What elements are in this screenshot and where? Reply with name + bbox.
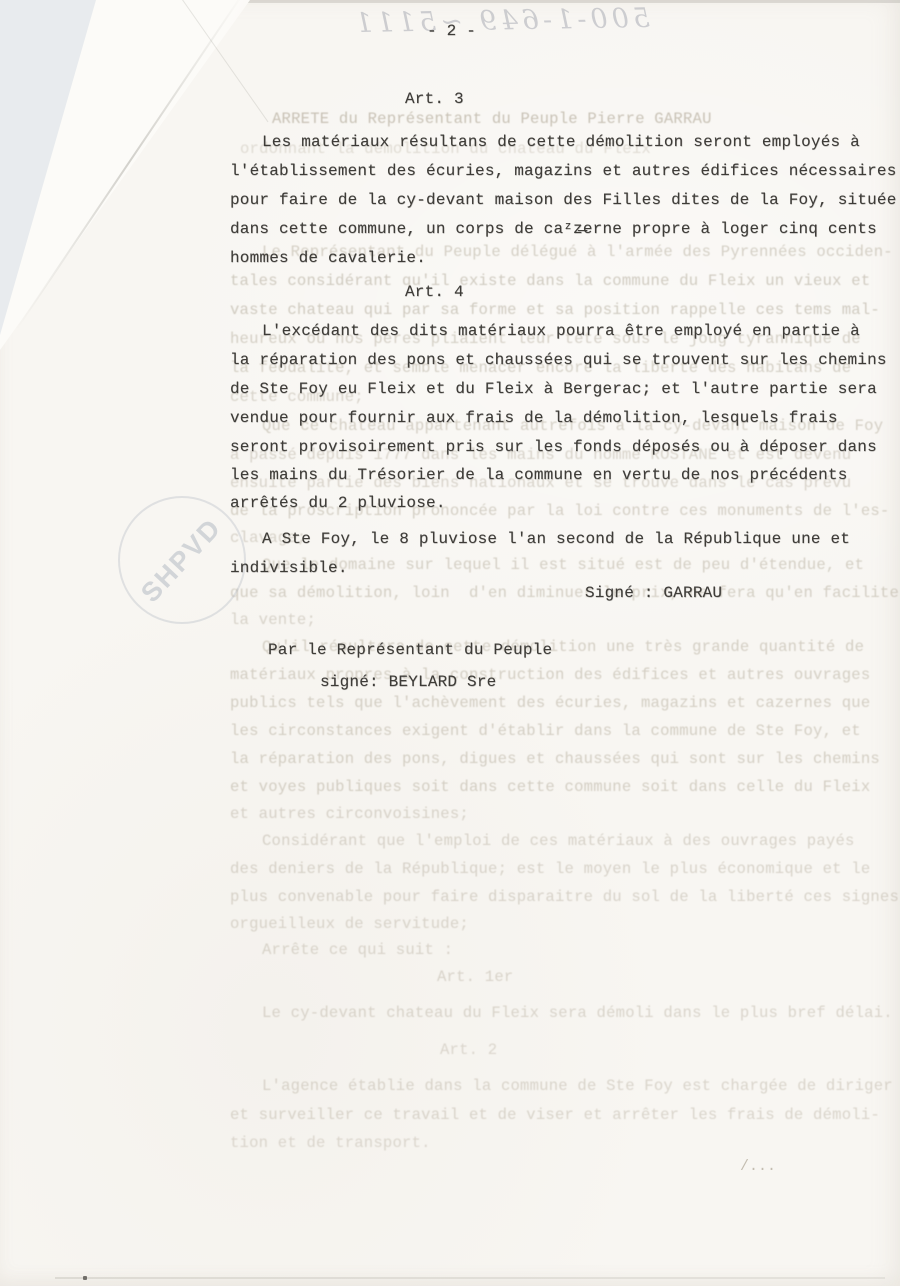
text-line: seront provisoirement pris sur les fonds… (230, 438, 877, 456)
text-line: pour faire de la cy-devant maison des Fi… (230, 191, 897, 209)
text-line: Par le Représentant du Peuple (268, 641, 552, 659)
text-line: indivisible. (230, 559, 348, 577)
text-line: A Ste Foy, le 8 pluviose l'an second de … (262, 530, 850, 548)
text-line: Art. 4 (405, 283, 464, 301)
text-line: les mains du Trésorier de la commune en … (230, 466, 848, 484)
text-line: L'excédant des dits matériaux pourra êtr… (262, 322, 860, 340)
scanned-document-page: 500-1-649 ~5111 ARRETE du Représentant d… (0, 0, 900, 1286)
text-line: la réparation des pons et chaussées qui … (230, 351, 887, 369)
text-line: arrêtés du 2 pluviose. (230, 494, 446, 512)
text-line: dans cette commune, un corps de caᶻz̶ern… (230, 220, 877, 238)
text-line: Les matériaux résultans de cette démolit… (262, 133, 860, 151)
text-line: Art. 3 (405, 90, 464, 108)
text-line: Signé : GARRAU (585, 584, 722, 602)
text-line: - 2 - (427, 22, 476, 40)
text-line: hommes de cavalerie. (230, 249, 426, 267)
text-line: l'établissement des écuries, magazins et… (230, 162, 897, 180)
text-line: signé: BEYLARD Sre (320, 673, 496, 691)
typed-text-layer: - 2 -Art. 3Les matériaux résultans de ce… (0, 0, 900, 1286)
continuation-mark: /... (740, 1158, 776, 1175)
text-line: de Ste Foy eu Fleix et du Fleix à Berger… (230, 380, 877, 398)
text-line: vendue pour fournir aux frais de la démo… (230, 409, 838, 427)
scan-edge-bottom (55, 1277, 885, 1279)
